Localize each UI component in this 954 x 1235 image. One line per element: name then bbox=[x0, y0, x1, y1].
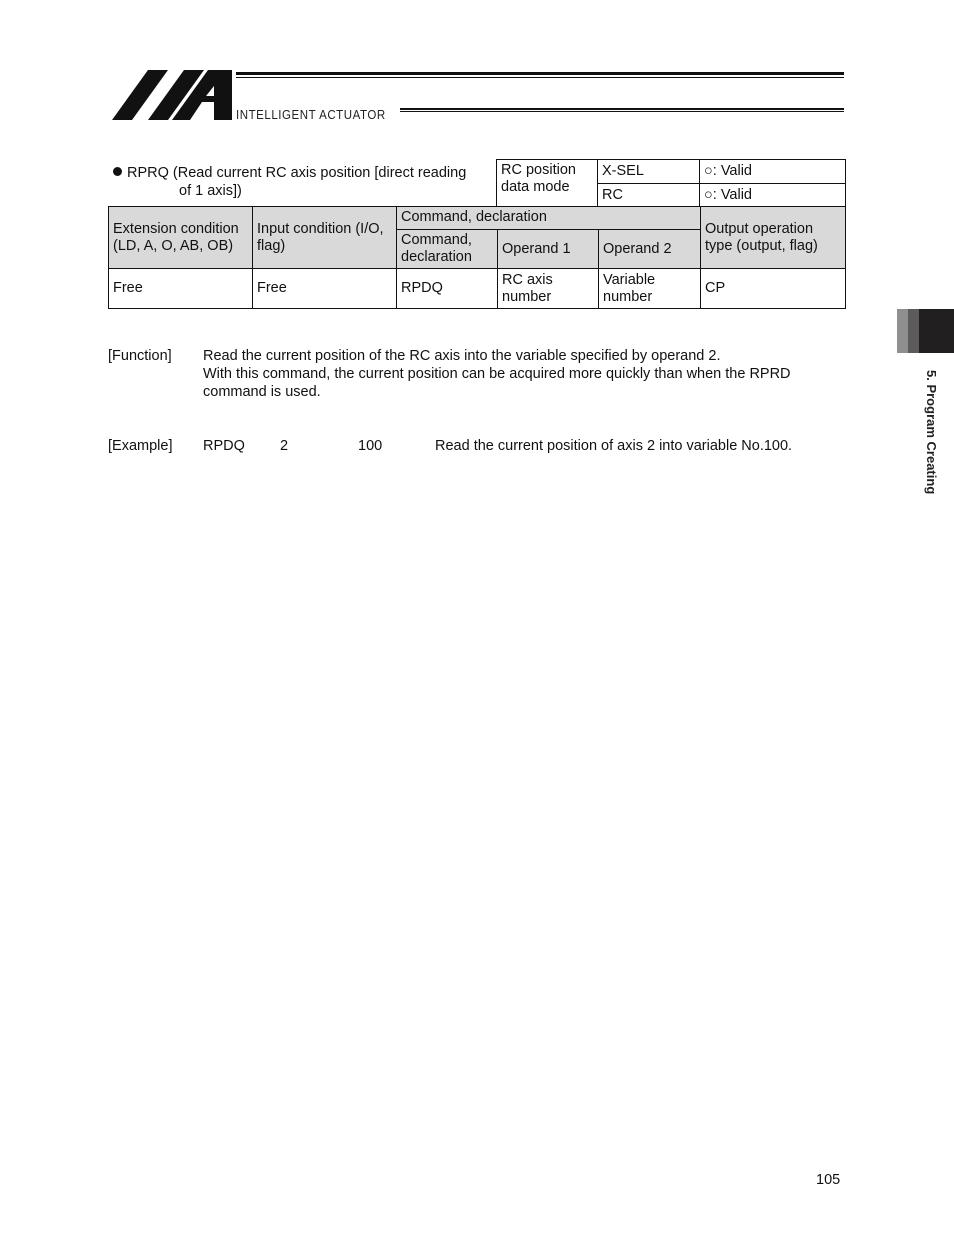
header-rule bbox=[400, 111, 844, 112]
header-command-group: Command, declaration bbox=[397, 207, 701, 230]
cell-output-type: CP bbox=[701, 269, 846, 309]
cell-operand-2: Variable number bbox=[599, 269, 701, 309]
command-spec-table: Extension condition (LD, A, O, AB, OB) I… bbox=[108, 206, 846, 309]
cell-command: RPDQ bbox=[397, 269, 498, 309]
brand-name: INTELLIGENT ACTUATOR bbox=[236, 108, 386, 122]
section-heading: RPRQ (Read current RC axis position [dir… bbox=[113, 164, 503, 200]
chapter-tab-marker bbox=[919, 309, 954, 353]
example-label: [Example] bbox=[108, 437, 172, 455]
example-command: RPDQ bbox=[203, 437, 245, 455]
iai-logo-icon bbox=[110, 68, 235, 122]
header-command: Command, declaration bbox=[397, 230, 498, 269]
heading-line-2: of 1 axis]) bbox=[113, 182, 503, 200]
rc-position-mode-table: RC position data mode X-SEL ○: Valid RC … bbox=[496, 159, 846, 208]
chapter-tab-marker bbox=[897, 309, 908, 353]
heading-line-1: RPRQ (Read current RC axis position [dir… bbox=[127, 165, 466, 181]
page-number: 105 bbox=[816, 1172, 840, 1188]
mode-label: RC position data mode bbox=[497, 160, 598, 208]
header-rule bbox=[236, 77, 844, 78]
mode-status: ○: Valid bbox=[700, 160, 846, 184]
cell-extension-condition: Free bbox=[109, 269, 253, 309]
example-description: Read the current position of axis 2 into… bbox=[435, 437, 792, 455]
chapter-tab-marker bbox=[908, 309, 919, 353]
cell-input-condition: Free bbox=[253, 269, 397, 309]
example-operand-1: 2 bbox=[280, 437, 288, 455]
header-operand-2: Operand 2 bbox=[599, 230, 701, 269]
function-line-2: With this command, the current position … bbox=[203, 365, 843, 401]
header-input-condition: Input condition (I/O, flag) bbox=[253, 207, 397, 269]
function-description: Read the current position of the RC axis… bbox=[203, 347, 843, 401]
header-rule bbox=[400, 108, 844, 110]
example-operand-2: 100 bbox=[358, 437, 382, 455]
table-row: Free Free RPDQ RC axis number Variable n… bbox=[109, 269, 846, 309]
cell-operand-1: RC axis number bbox=[498, 269, 599, 309]
function-label: [Function] bbox=[108, 347, 172, 365]
mode-name: X-SEL bbox=[598, 160, 700, 184]
header-output-type: Output operation type (output, flag) bbox=[701, 207, 846, 269]
header-rule bbox=[236, 72, 844, 75]
chapter-label: 5. Program Creating bbox=[919, 370, 939, 494]
header-extension-condition: Extension condition (LD, A, O, AB, OB) bbox=[109, 207, 253, 269]
mode-status: ○: Valid bbox=[700, 184, 846, 208]
function-line-1: Read the current position of the RC axis… bbox=[203, 347, 843, 365]
bullet-icon bbox=[113, 167, 122, 176]
mode-name: RC bbox=[598, 184, 700, 208]
header-operand-1: Operand 1 bbox=[498, 230, 599, 269]
